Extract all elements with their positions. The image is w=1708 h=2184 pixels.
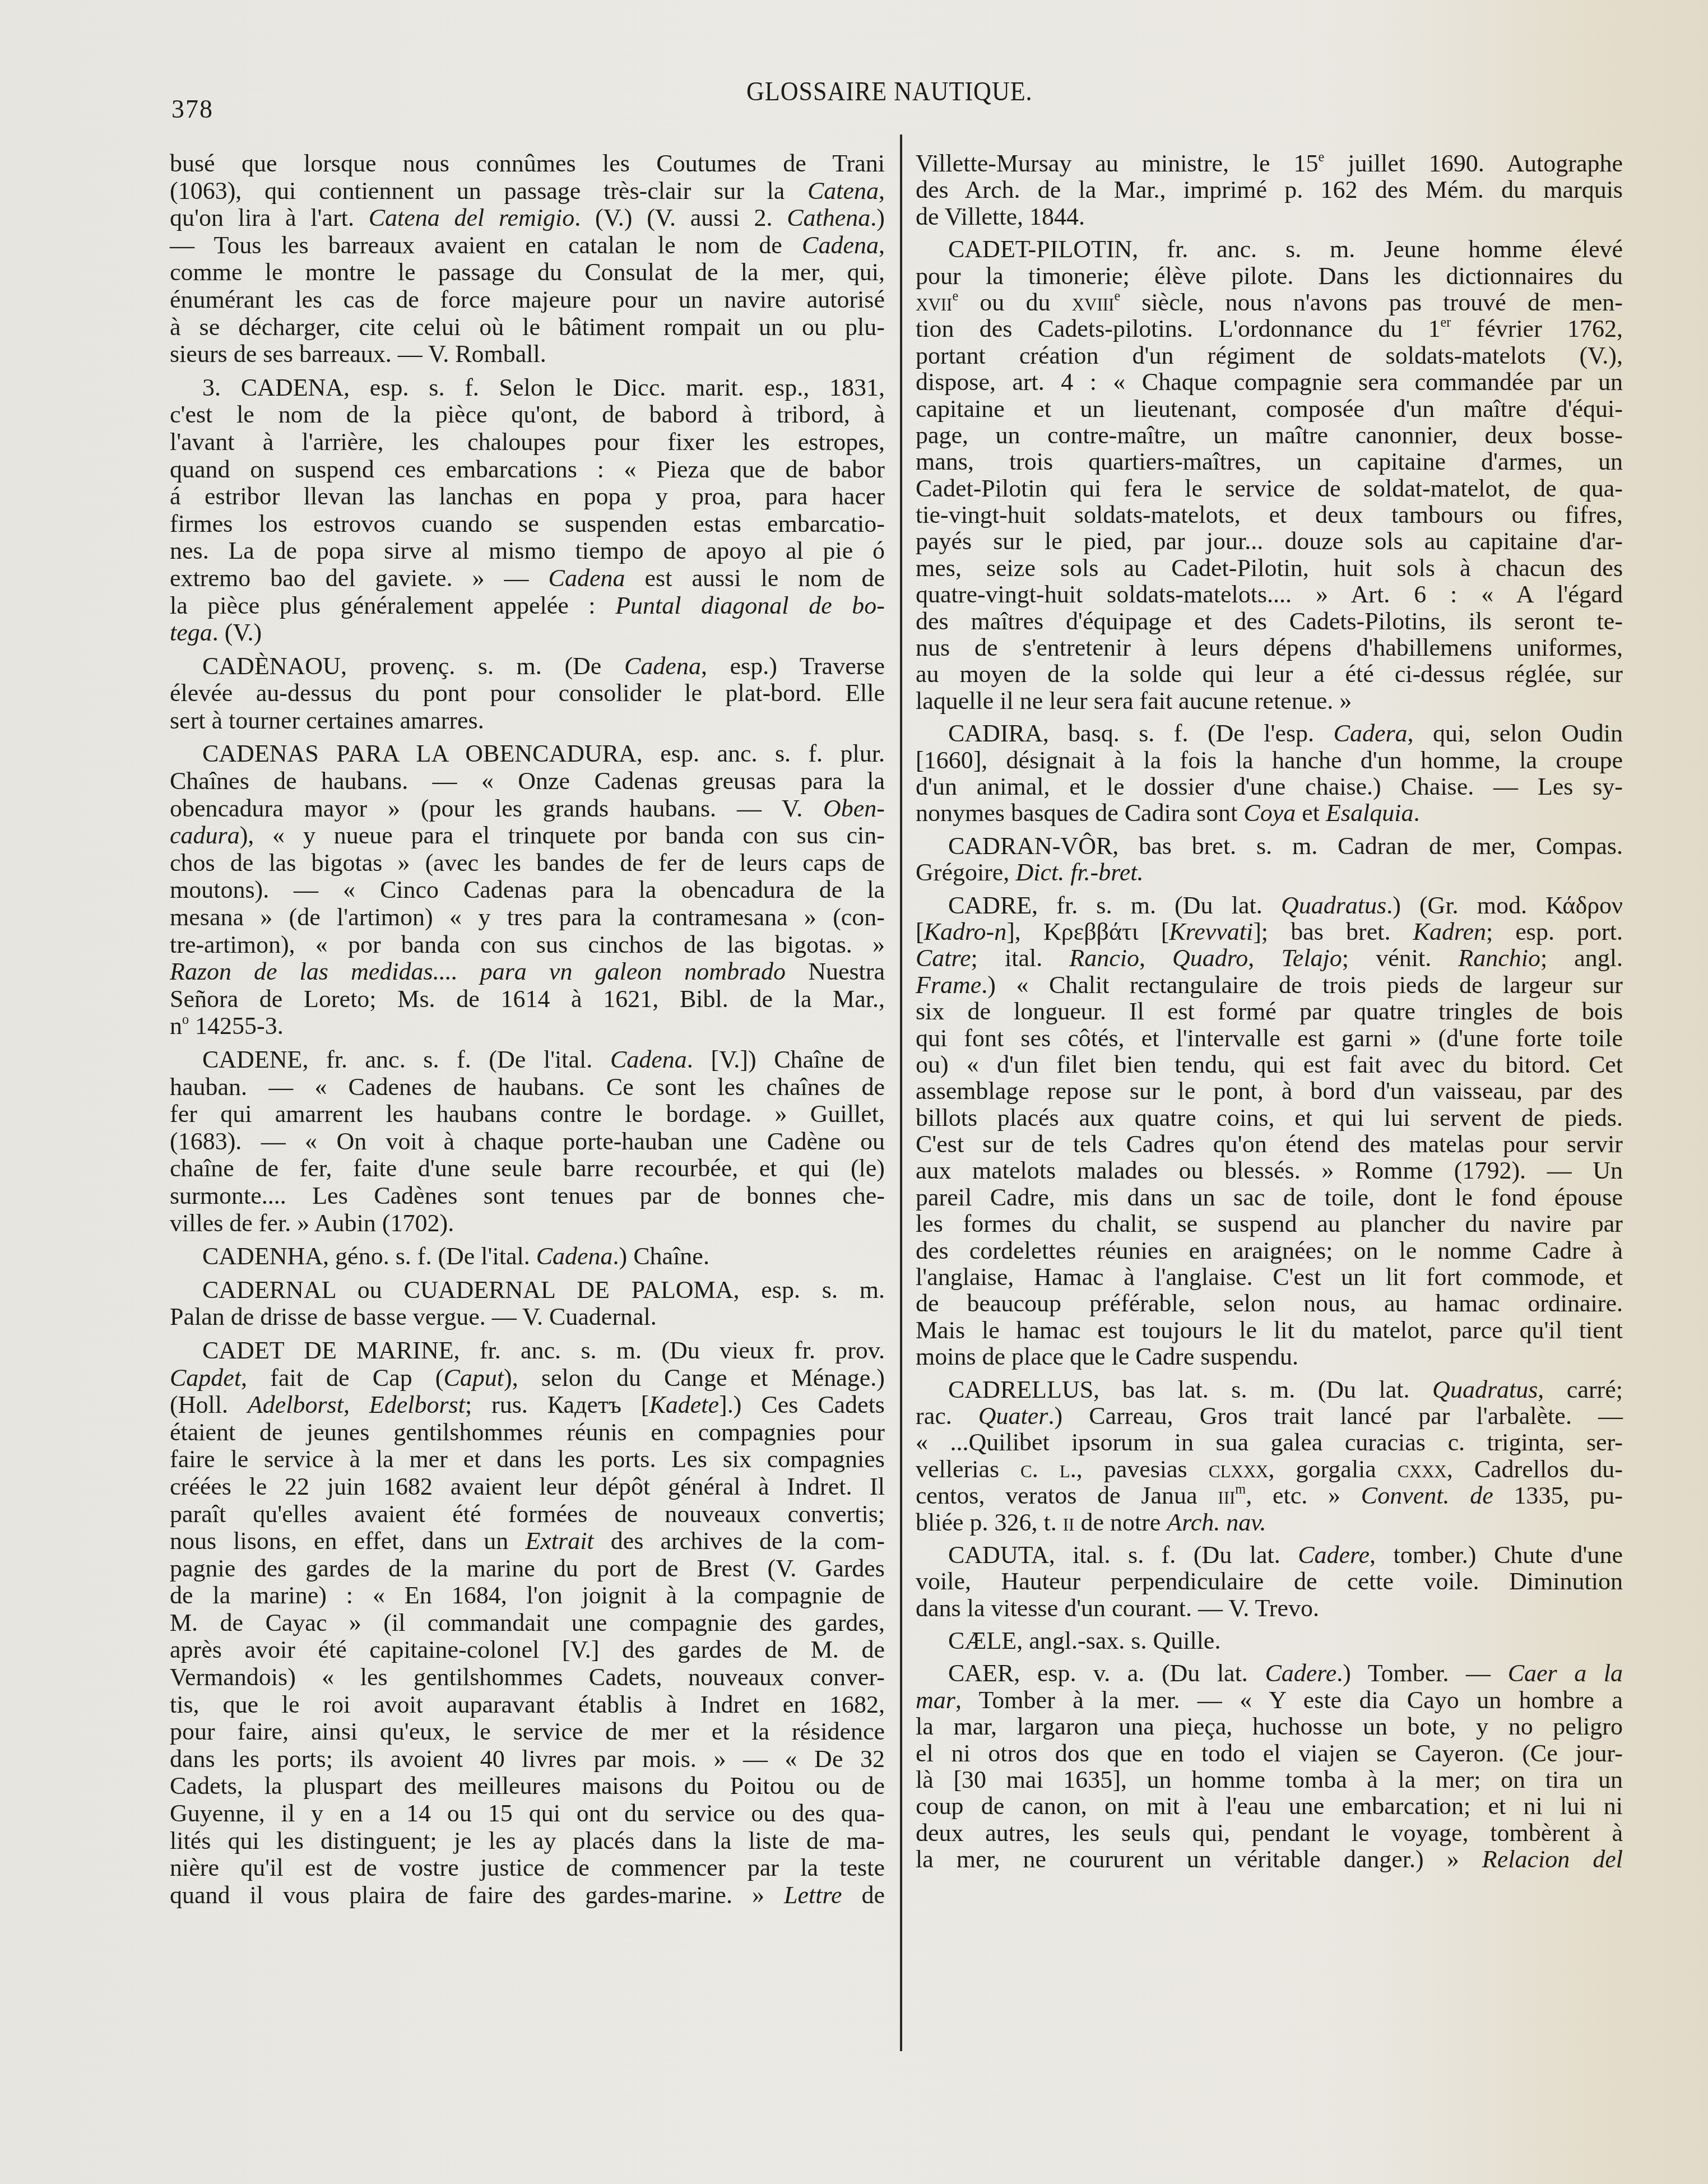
text-line: 3. CADENA, esp. s. f. Selon le Dicc. mar… — [170, 374, 885, 402]
text-line: dans les ports; ils avoient 40 livres pa… — [170, 1746, 885, 1773]
text-line: CADET DE MARINE, fr. anc. s. m. (Du vieu… — [170, 1337, 885, 1365]
text-line: ou) « d'un filet bien tendu, qui est fai… — [916, 1051, 1623, 1078]
text-line: paraît qu'elles avaient été formées de n… — [170, 1501, 885, 1528]
text-line: el ni otros dos que en todo el viajen se… — [916, 1740, 1623, 1766]
italic-text: Dict. fr.-bret. — [1015, 859, 1143, 886]
text-line: bliée p. 326, t. ii de notre Arch. nav. — [916, 1509, 1623, 1536]
text-line: (1063), qui contiennent un passage très-… — [170, 178, 885, 205]
text-line: CADERNAL ou CUADERNAL DE PALOMA, esp. s.… — [170, 1277, 885, 1304]
text-line: des Arch. de la Mar., imprimé p. 162 des… — [916, 177, 1623, 203]
italic-text: Frame — [916, 971, 981, 999]
text-line: billots placés aux quatre coins, et qui … — [916, 1105, 1623, 1131]
italic-text: Adelborst — [248, 1391, 344, 1418]
text-line: nus de s'entretenir à leurs dépens d'hab… — [916, 634, 1623, 661]
italic-text: Quater — [978, 1402, 1048, 1430]
small-caps-text: clxxx — [1209, 1455, 1269, 1483]
text-line: CAER, esp. v. a. (Du lat. Cadere.) Tombe… — [916, 1660, 1623, 1686]
text-line: payés sur le pied, par jour... douze sol… — [916, 528, 1623, 554]
glossary-entry: CADENHA, géno. s. f. (De l'ital. Cadena.… — [170, 1243, 885, 1270]
text-line: la mar, largaron una pieça, huchosse un … — [916, 1713, 1623, 1740]
italic-text: Catena del remigio — [369, 204, 575, 231]
text-line: CADIRA, basq. s. f. (De l'esp. Cadera, q… — [916, 720, 1623, 746]
text-line: xviie ou du xviiie siècle, nous n'avons … — [916, 289, 1623, 316]
glossary-entry: CADET DE MARINE, fr. anc. s. m. (Du vieu… — [170, 1337, 885, 1909]
glossary-entry: CAER, esp. v. a. (Du lat. Cadere.) Tombe… — [916, 1660, 1623, 1872]
text-line: l'anglaise, Hamac à l'anglaise. C'est un… — [916, 1264, 1623, 1290]
glossary-entry: CADRELLUS, bas lat. s. m. (Du lat. Quadr… — [916, 1376, 1623, 1536]
text-line: nes. La de popa sirve al mismo tiempo de… — [170, 537, 885, 565]
text-line: — Tous les barreaux avaient en catalan l… — [170, 232, 885, 259]
text-line: CADENAS PARA LA OBENCADURA, esp. anc. s.… — [170, 740, 885, 768]
italic-text: Kadro-n — [924, 918, 1007, 945]
text-line: de la marine) : « En 1684, l'on joignit … — [170, 1582, 885, 1610]
italic-text: Razon de las medidas.... para vn galeon … — [170, 958, 786, 985]
small-caps-text: iii — [1218, 1482, 1235, 1509]
running-title: GLOSSAIRE NAUTIQUE. — [746, 76, 1033, 107]
glossary-entry: CADÈNAOU, provenç. s. m. (De Cadena, esp… — [170, 653, 885, 735]
italic-text: Cadena — [802, 231, 879, 259]
text-line: sert à tourner certaines amarres. — [170, 707, 885, 735]
text-line: Villette-Mursay au ministre, le 15e juil… — [916, 150, 1623, 177]
italic-text: Caer a la — [1508, 1659, 1623, 1687]
text-line: « ...Quilibet ipsorum in sua galea curac… — [916, 1429, 1623, 1455]
text-line: qu'on lira à l'art. Catena del remigio. … — [170, 205, 885, 232]
text-line: mar, Tomber à la mer. — « Y este dia Cay… — [916, 1687, 1623, 1713]
text-line: tion des Cadets-pilotins. L'ordonnance d… — [916, 316, 1623, 342]
text-line: laquelle il ne leur sera fait aucune ret… — [916, 688, 1623, 714]
column-divider — [900, 135, 902, 2051]
text-line: CADÈNAOU, provenç. s. m. (De Cadena, esp… — [170, 653, 885, 680]
text-line: pour la timonerie; élève pilote. Dans le… — [916, 263, 1623, 289]
italic-text: Edelborst — [369, 1391, 465, 1418]
text-line: CADUTA, ital. s. f. (Du lat. Cadere, tom… — [916, 1542, 1623, 1568]
italic-text: Puntal diagonal de bo- — [615, 592, 885, 619]
text-line: vellerias c. l., pavesias clxxx, gorgali… — [916, 1456, 1623, 1482]
text-line: pour faire, ainsi qu'eux, le service de … — [170, 1718, 885, 1746]
text-line: la mer, ne coururent un véritable danger… — [916, 1846, 1623, 1872]
text-line: tega. (V.) — [170, 619, 885, 647]
italic-text: Quadratus — [1281, 892, 1386, 919]
superscript: o — [182, 1012, 189, 1027]
italic-text: tega — [170, 619, 212, 646]
superscript: m — [1235, 1482, 1246, 1497]
text-line: moutons). — « Cinco Cadenas para la oben… — [170, 877, 885, 904]
italic-text: Extrait — [525, 1527, 593, 1555]
italic-text: Lettre — [784, 1881, 842, 1909]
text-line: CADET-PILOTIN, fr. anc. s. m. Jeune homm… — [916, 236, 1623, 262]
glossary-entry: 3. CADENA, esp. s. f. Selon le Dicc. mar… — [170, 374, 885, 647]
text-line: Palan de drisse de basse vergue. — V. Cu… — [170, 1304, 885, 1331]
small-caps-text: cxxx — [1398, 1455, 1447, 1483]
italic-text: Telajo — [1281, 944, 1342, 972]
text-line: Mais le hamac est toujours le lit du mat… — [916, 1317, 1623, 1343]
text-line: busé que lorsque nous connûmes les Coutu… — [170, 150, 885, 178]
text-line: créées le 22 juin 1682 avaient leur dépô… — [170, 1473, 885, 1501]
text-line: deux autres, les seuls qui, pendant le v… — [916, 1820, 1623, 1846]
text-line: (Holl. Adelborst, Edelborst; rus. Кадетъ… — [170, 1392, 885, 1419]
text-line: des maîtres d'équipage et des Cadets-Pil… — [916, 608, 1623, 634]
glossary-entry: CADRAN-VÔR, bas bret. s. m. Cadran de me… — [916, 833, 1623, 886]
italic-text: Cadera — [1334, 720, 1408, 747]
text-line: CADRAN-VÔR, bas bret. s. m. Cadran de me… — [916, 833, 1623, 859]
glossary-entry: CADENAS PARA LA OBENCADURA, esp. anc. s.… — [170, 740, 885, 1040]
text-line: tis, que le roi avoit auparavant établis… — [170, 1691, 885, 1719]
text-line: après avoir été capitaine-colonel [V.] d… — [170, 1636, 885, 1664]
text-line: nière qu'il est de vostre justice de com… — [170, 1854, 885, 1882]
text-line: l'avant à l'arrière, les chaloupes pour … — [170, 429, 885, 456]
text-line: Cadets, la pluspart des meilleures maiso… — [170, 1773, 885, 1800]
text-line: cadura), « y nueue para el trinquete por… — [170, 822, 885, 850]
text-line: pareil Cadre, mis dans un sac de toile, … — [916, 1184, 1623, 1211]
text-line: d'un animal, et le dossier d'une chaise.… — [916, 773, 1623, 800]
text-line: élevée au-dessus du pont pour consolider… — [170, 680, 885, 707]
italic-text: Cadena — [624, 652, 701, 680]
text-line: CADENHA, géno. s. f. (De l'ital. Cadena.… — [170, 1243, 885, 1270]
italic-text: Rancio — [1069, 944, 1139, 972]
text-line: la pièce plus généralement appelée : Pun… — [170, 592, 885, 620]
glossary-entry: CÆLE, angl.-sax. s. Quille. — [916, 1627, 1623, 1654]
text-line: moins de place que le Cadre suspendu. — [916, 1343, 1623, 1370]
glossary-entry: CADUTA, ital. s. f. (Du lat. Cadere, tom… — [916, 1542, 1623, 1621]
italic-text: Cathena — [787, 204, 870, 231]
text-line: tie-vingt-huit soldats-matelots, et deux… — [916, 502, 1623, 528]
small-caps-text: ii — [1063, 1509, 1075, 1536]
text-line: fer qui amarrent les haubans contre le b… — [170, 1101, 885, 1128]
italic-text: Convent. de — [1361, 1482, 1493, 1509]
text-line: six de longueur. Il est formé par quatre… — [916, 998, 1623, 1024]
italic-text: Cadena — [536, 1242, 613, 1270]
small-caps-text: c. l. — [1020, 1455, 1076, 1483]
text-line: chos de las bigotas » (avec les bandes d… — [170, 850, 885, 877]
text-line: obencadura mayor » (pour les grands haub… — [170, 795, 885, 823]
text-line: Catre; ital. Rancio, Quadro, Telajo; vén… — [916, 945, 1623, 971]
text-line: de Villette, 1844. — [916, 203, 1623, 230]
text-line: faire le service à la mer et dans les po… — [170, 1446, 885, 1473]
text-line: c'est le nom de la pièce qu'ont, de babo… — [170, 401, 885, 429]
text-line: M. de Cayac » (il commandait une compagn… — [170, 1610, 885, 1637]
text-line: les formes du chalit, se suspend au plan… — [916, 1211, 1623, 1237]
text-line: là [30 mai 1635], un homme tomba à la me… — [916, 1766, 1623, 1793]
text-line: CADENE, fr. anc. s. f. (De l'ital. Caden… — [170, 1046, 885, 1074]
italic-text: Cadere — [1298, 1541, 1370, 1569]
glossary-entry: CADENE, fr. anc. s. f. (De l'ital. Caden… — [170, 1046, 885, 1237]
text-line: [Kadro-n], Κρεββάτι [Krevvati]; bas bret… — [916, 919, 1623, 945]
text-line: comme le montre le passage du Consulat d… — [170, 259, 885, 286]
italic-text: Ranchio — [1458, 944, 1540, 972]
text-line: CADRELLUS, bas lat. s. m. (Du lat. Quadr… — [916, 1376, 1623, 1403]
text-line: (1683). — « On voit à chaque porte-hauba… — [170, 1128, 885, 1156]
text-line: coup de canon, on mit à l'eau une embarc… — [916, 1793, 1623, 1819]
text-line: CÆLE, angl.-sax. s. Quille. — [916, 1627, 1623, 1654]
text-line: nous lisons, en effet, dans un Extrait d… — [170, 1528, 885, 1555]
left-column: busé que lorsque nous connûmes les Coutu… — [170, 150, 885, 1915]
text-line: énumérant les cas de force majeure pour … — [170, 286, 885, 314]
text-line: de beaucoup préférable, selon nous, au h… — [916, 1290, 1623, 1316]
italic-text: Arch. nav. — [1167, 1509, 1266, 1536]
text-line: assemblage repose sur le pont, à bord d'… — [916, 1078, 1623, 1104]
text-line: dans la vitesse d'un courant. — V. Trevo… — [916, 1595, 1623, 1621]
glossary-entry: CADET-PILOTIN, fr. anc. s. m. Jeune homm… — [916, 236, 1623, 714]
continued-paragraph: busé que lorsque nous connûmes les Coutu… — [170, 150, 885, 368]
text-line: quatre-vingt-huit soldats-matelots.... »… — [916, 581, 1623, 608]
text-line: quand il vous plaira de faire des gardes… — [170, 1882, 885, 1909]
superscript: er — [1441, 315, 1451, 330]
text-line: Capdet, fait de Cap (Caput), selon du Ca… — [170, 1365, 885, 1392]
glossary-entry: CADERNAL ou CUADERNAL DE PALOMA, esp. s.… — [170, 1277, 885, 1331]
italic-text: Oben- — [823, 795, 885, 822]
right-column: Villette-Mursay au ministre, le 15e juil… — [916, 150, 1623, 1879]
text-line: à se décharger, cite celui où le bâtimen… — [170, 314, 885, 341]
text-line: page, un contre-maître, un maître canonn… — [916, 422, 1623, 448]
text-line: qui font ses côtés, et l'intervalle est … — [916, 1025, 1623, 1051]
italic-text: Relacion del — [1482, 1845, 1623, 1873]
text-line: villes de fer. » Aubin (1702). — [170, 1210, 885, 1237]
text-line: Señora de Loreto; Ms. de 1614 à 1621, Bi… — [170, 986, 885, 1013]
italic-text: Esalquia — [1326, 799, 1413, 827]
italic-text: mar — [916, 1686, 955, 1714]
text-line: aux matelots malades ou blessés. » Romme… — [916, 1157, 1623, 1184]
text-line: Guyenne, il y en a 14 ou 15 qui ont du s… — [170, 1800, 885, 1828]
italic-text: Krevvati — [1169, 918, 1253, 945]
text-line: surmonte.... Les Cadènes sont tenues par… — [170, 1183, 885, 1210]
small-caps-text: xviii — [1072, 289, 1115, 316]
italic-text: Capdet — [170, 1364, 241, 1392]
text-line: Frame.) « Chalit rectangulaire de trois … — [916, 972, 1623, 998]
italic-text: Catre — [916, 944, 971, 972]
text-line: CADRE, fr. s. m. (Du lat. Quadratus.) (G… — [916, 892, 1623, 919]
superscript: e — [1114, 289, 1120, 304]
italic-text: Kadren — [1413, 918, 1486, 945]
text-line: [1660], désignait à la fois la hanche d'… — [916, 747, 1623, 773]
text-line: lités qui les distinguent; je les ay pla… — [170, 1828, 885, 1855]
superscript: e — [952, 289, 958, 304]
text-line: voile, Hauteur perpendiculaire de cette … — [916, 1568, 1623, 1594]
text-line: Cadet-Pilotin qui fera le service de sol… — [916, 475, 1623, 502]
text-line: Vermandois) « les gentilshommes Cadets, … — [170, 1664, 885, 1691]
text-line: sieurs de ses barreaux. — V. Romball. — [170, 341, 885, 368]
italic-text: Caput — [444, 1364, 504, 1392]
text-line: chaîne de fer, faite d'une seule barre r… — [170, 1155, 885, 1183]
small-caps-text: xvii — [916, 289, 952, 316]
text-line: no 14255-3. — [170, 1013, 885, 1040]
superscript: e — [1319, 150, 1325, 165]
text-line: Grégoire, Dict. fr.-bret. — [916, 859, 1623, 885]
text-line: Razon de las medidas.... para vn galeon … — [170, 958, 885, 986]
glossary-entry: CADRE, fr. s. m. (Du lat. Quadratus.) (G… — [916, 892, 1623, 1370]
text-line: étaient de jeunes gentilshommes réunis e… — [170, 1419, 885, 1446]
text-line: tre-artimon), « por banda con sus cincho… — [170, 931, 885, 959]
text-line: portant création d'un régiment de soldat… — [916, 342, 1623, 369]
continued-paragraph: Villette-Mursay au ministre, le 15e juil… — [916, 150, 1623, 230]
text-line: mans, trois quartiers-maîtres, un capita… — [916, 448, 1623, 475]
glossary-entry: CADIRA, basq. s. f. (De l'esp. Cadera, q… — [916, 720, 1623, 827]
text-line: mesana » (de l'artimon) « y tres para la… — [170, 904, 885, 931]
text-line: quand on suspend ces embarcations : « Pi… — [170, 456, 885, 484]
text-line: centos, veratos de Janua iiim, etc. » Co… — [916, 1482, 1623, 1509]
text-line: firmes los estrovos cuando se suspenden … — [170, 511, 885, 538]
italic-text: Cadena — [549, 564, 625, 592]
text-line: extremo bao del gaviete. » — Cadena est … — [170, 565, 885, 592]
text-line: capitaine et un lieutenant, composée d'u… — [916, 396, 1623, 422]
text-line: hauban. — « Cadenes de haubans. Ce sont … — [170, 1074, 885, 1101]
text-line: au moyen de la solde qui leur a été ci-d… — [916, 661, 1623, 687]
text-line: pagnie des gardes de la marine du port d… — [170, 1555, 885, 1583]
text-line: nonymes basques de Cadira sont Coya et E… — [916, 800, 1623, 826]
text-line: á estribor llevan las lanchas en popa y … — [170, 483, 885, 511]
text-line: des cordelettes réunies en araignées; on… — [916, 1237, 1623, 1264]
italic-text: Cadena — [610, 1046, 687, 1073]
italic-text: cadura — [170, 822, 240, 849]
italic-text: Quadro — [1172, 944, 1248, 972]
italic-text: Cadere — [1265, 1659, 1336, 1687]
italic-text: Catena — [807, 177, 879, 205]
italic-text: Coya — [1243, 799, 1296, 827]
text-line: mes, seize sols au Cadet-Pilotin, huit s… — [916, 555, 1623, 581]
text-line: dispose, art. 4 : « Chaque compagnie ser… — [916, 369, 1623, 395]
italic-text: Kadete — [649, 1391, 719, 1418]
page-number: 378 — [171, 94, 214, 124]
text-line: C'est sur de tels Cadres qu'on étend des… — [916, 1131, 1623, 1157]
italic-text: Quadratus — [1432, 1376, 1538, 1403]
text-line: Chaînes de haubans. — « Onze Cadenas gre… — [170, 768, 885, 795]
text-line: rac. Quater.) Carreau, Gros trait lancé … — [916, 1403, 1623, 1429]
